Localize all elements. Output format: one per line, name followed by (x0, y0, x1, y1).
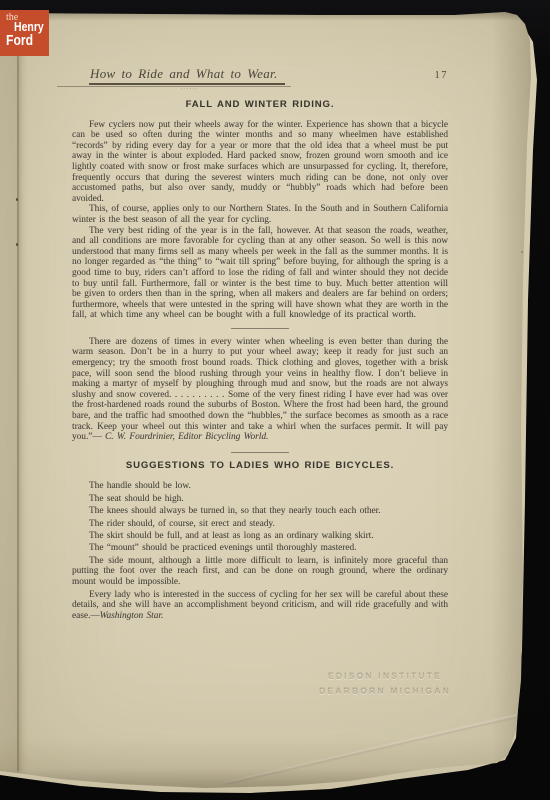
logo-word-henry: Henry (14, 20, 44, 34)
section-divider (231, 452, 289, 453)
section-heading-fall-and-winter-riding: FALL AND WINTER RIDING. (72, 100, 448, 111)
list-item: The rider should, of course, sit erect a… (72, 519, 448, 530)
header-ornament-dots: ...... (156, 86, 224, 91)
stamp-line: DEARBORN MICHIGAN (295, 686, 475, 696)
list-item: The skirt should be full, and at least a… (72, 531, 448, 542)
page-number: 17 (435, 70, 449, 81)
paper-speck (521, 251, 523, 253)
paper-speck (16, 198, 18, 201)
henry-ford-logo: the Henry Ford (0, 10, 49, 56)
embossed-library-stamp: EDISON INSTITUTE DEARBORN MICHIGAN (295, 671, 475, 696)
paragraph: This, of course, applies only to our Nor… (72, 204, 448, 225)
header-rule-heavy (89, 83, 285, 85)
logo-word-ford: Ford (6, 33, 33, 49)
list-item: The side mount, although a little more d… (72, 556, 448, 588)
paper-crease (224, 712, 529, 785)
list-item: The seat should be high. (72, 494, 448, 505)
section-divider (231, 328, 289, 329)
running-title: How to Ride and What to Wear. (90, 66, 278, 82)
paragraph: The very best riding of the year is in t… (72, 226, 448, 321)
gutter-fold-line (17, 13, 19, 771)
book-page: How to Ride and What to Wear. 17 ...... … (0, 0, 550, 800)
list-item: The knees should always be turned in, so… (72, 506, 448, 517)
paper-speck (16, 243, 18, 246)
section-heading-suggestions-to-ladies: SUGGESTIONS TO LADIES WHO RIDE BICYCLES. (72, 461, 448, 472)
quoted-paragraph: There are dozens of times in every winte… (72, 337, 448, 443)
paper-shading-top (0, 12, 550, 21)
running-header: How to Ride and What to Wear. 17 (90, 66, 448, 82)
list-item: The “mount” should be practiced evenings… (72, 543, 448, 554)
closing-paragraph: Every lady who is interested in the succ… (72, 590, 448, 622)
paragraph: Few cyclers now put their wheels away fo… (72, 120, 448, 205)
page-body: FALL AND WINTER RIDING. Few cyclers now … (72, 100, 448, 621)
closing-attribution: Washington Star. (100, 611, 164, 621)
stamp-line: EDISON INSTITUTE (295, 671, 475, 681)
quote-text: There are dozens of times in every winte… (72, 337, 448, 442)
paper-shading-left (0, 0, 28, 800)
list-item: The handle should be low. (72, 481, 448, 492)
quote-attribution: C. W. Fourdrinier, Editor Bicycling Worl… (105, 432, 268, 442)
